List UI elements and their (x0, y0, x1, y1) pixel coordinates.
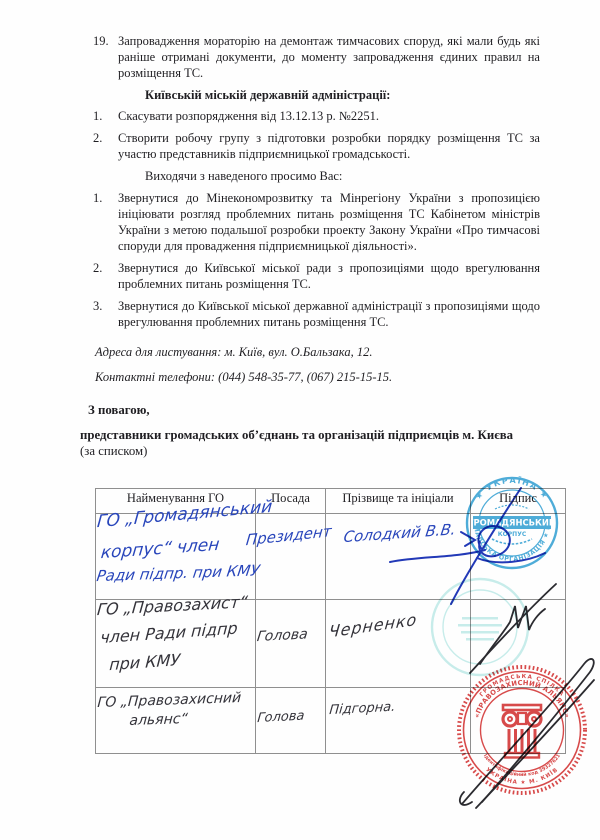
closing-block: З повагою, представники громадських об’є… (80, 402, 550, 459)
letter-body: 19. Запровадження мораторію на демонтаж … (93, 33, 540, 336)
item-number: 2. (93, 130, 102, 146)
contact-phones: Контактні телефони: (044) 548-35-77, (06… (95, 369, 525, 385)
paragraph-19: 19. Запровадження мораторію на демонтаж … (93, 33, 540, 81)
closing-salute: З повагою, (88, 402, 550, 418)
request-item: 1. Звернутися до Мінекономрозвитку та Мі… (93, 190, 540, 254)
scanned-letter-page: 19. Запровадження мораторію на демонтаж … (0, 0, 600, 840)
closing-signers: представники громадських об’єднань та ор… (80, 427, 550, 443)
item-text: Звернутися до Київської міської ради з п… (118, 261, 540, 291)
item-text: Запровадження мораторію на демонтаж тимч… (118, 34, 540, 80)
closing-note: (за списком) (80, 443, 550, 459)
heading-kmda: Київській міській державній адміністраці… (145, 87, 540, 103)
item-text: Звернутися до Київської міської державно… (118, 299, 540, 329)
kmda-item: 2. Створити робочу групу з підготовки ро… (93, 130, 540, 162)
item-number: 3. (93, 298, 102, 314)
pen-signature (448, 642, 598, 812)
item-number: 1. (93, 108, 102, 124)
item-number: 2. (93, 260, 102, 276)
handwritten-position: Голова (256, 626, 309, 645)
request-item: 3. Звернутися до Київської міської держа… (93, 298, 540, 330)
item-text: Скасувати розпорядження від 13.12.13 р. … (118, 109, 379, 123)
handwritten-position: Голова (257, 709, 305, 727)
contact-block: Адреса для листування: м. Київ, вул. О.Б… (95, 344, 525, 394)
item-number: 1. (93, 190, 102, 206)
request-intro: Виходячи з наведеного просимо Вас: (145, 168, 540, 184)
request-item: 2. Звернутися до Київської міської ради … (93, 260, 540, 292)
item-text: Звернутися до Мінекономрозвитку та Мінре… (118, 191, 540, 253)
item-text: Створити робочу групу з підготовки розро… (118, 131, 540, 161)
handwritten-org-line: альянс“ (129, 711, 188, 729)
item-number: 19. (93, 33, 109, 49)
mail-address: Адреса для листування: м. Київ, вул. О.Б… (95, 344, 525, 360)
kmda-item: 1. Скасувати розпорядження від 13.12.13 … (93, 108, 540, 124)
